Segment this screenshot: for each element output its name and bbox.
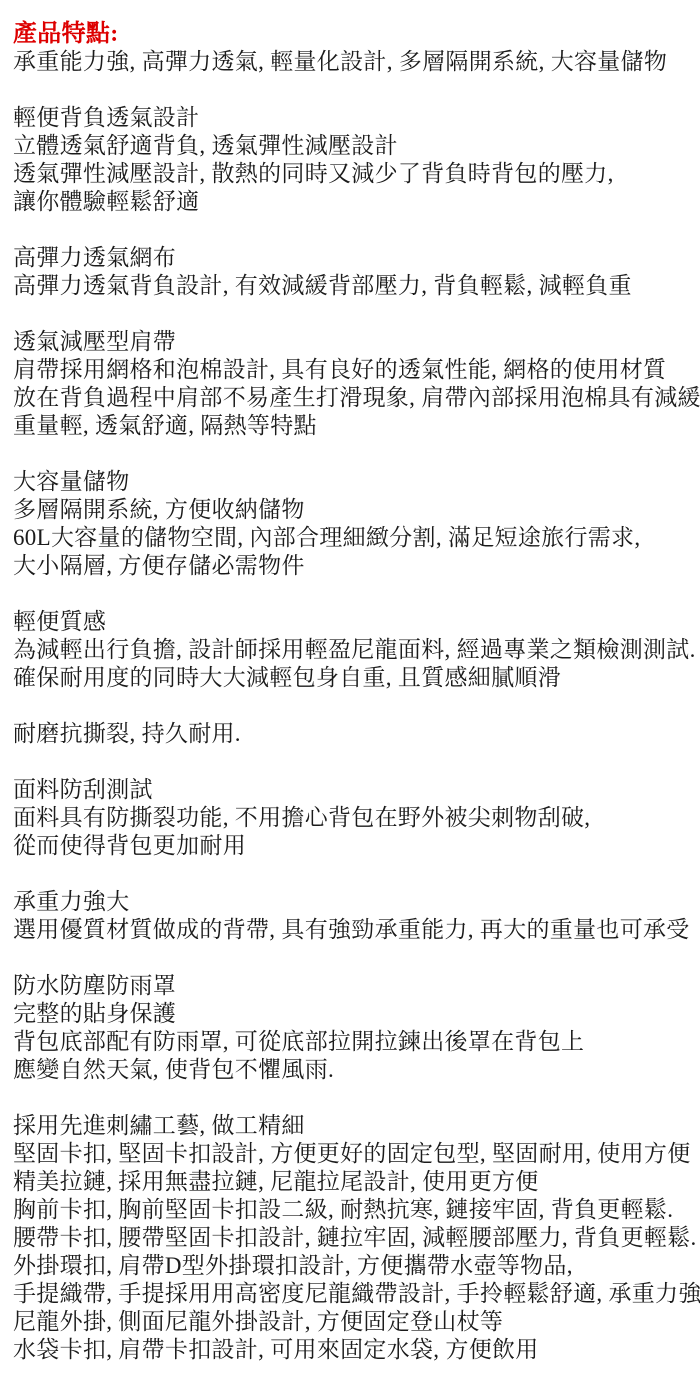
text-line: 腰帶卡扣, 腰帶堅固卡扣設計, 鏈拉牢固, 減輕腰部壓力, 背負更輕鬆. — [13, 1224, 690, 1252]
text-line: 多層隔開系統, 方便收納儲物 — [13, 496, 690, 524]
text-line: 採用先進刺繡工藝, 做工精細 — [13, 1112, 690, 1140]
paragraph: 承重力強大選用優質材質做成的背帶, 具有強勁承重能力, 再大的重量也可承受 — [13, 888, 690, 944]
text-line: 放在背負過程中肩部不易產生打滑現象, 肩帶內部採用泡棉具有減緩 — [13, 384, 690, 412]
text-line: 高彈力透氣背負設計, 有效減緩背部壓力, 背負輕鬆, 減輕負重 — [13, 272, 690, 300]
text-line: 讓你體驗輕鬆舒適 — [13, 188, 690, 216]
text-line: 完整的貼身保護 — [13, 1000, 690, 1028]
paragraph: 大容量儲物多層隔開系統, 方便收納儲物60L大容量的儲物空間, 內部合理細緻分割… — [13, 468, 690, 580]
paragraph: 高彈力透氣網布高彈力透氣背負設計, 有效減緩背部壓力, 背負輕鬆, 減輕負重 — [13, 244, 690, 300]
text-line: 大容量儲物 — [13, 468, 690, 496]
paragraph: 採用先進刺繡工藝, 做工精細堅固卡扣, 堅固卡扣設計, 方便更好的固定包型, 堅… — [13, 1112, 690, 1364]
text-line: 選用優質材質做成的背帶, 具有強勁承重能力, 再大的重量也可承受 — [13, 916, 690, 944]
text-line: 肩帶採用網格和泡棉設計, 具有良好的透氣性能, 網格的使用材質 — [13, 356, 690, 384]
product-description-document: 產品特點:承重能力強, 高彈力透氣, 輕量化設計, 多層隔開系統, 大容量儲物輕… — [0, 0, 700, 1364]
text-line: 透氣減壓型肩帶 — [13, 328, 690, 356]
text-line: 確保耐用度的同時大大減輕包身自重, 且質感細膩順滑 — [13, 664, 690, 692]
text-line: 堅固卡扣, 堅固卡扣設計, 方便更好的固定包型, 堅固耐用, 使用方便 — [13, 1140, 690, 1168]
text-line: 精美拉鏈, 採用無盡拉鏈, 尼龍拉尾設計, 使用更方便 — [13, 1168, 690, 1196]
text-line: 水袋卡扣, 肩帶卡扣設計, 可用來固定水袋, 方便飲用 — [13, 1336, 690, 1364]
text-line: 輕便質感 — [13, 608, 690, 636]
text-line: 高彈力透氣網布 — [13, 244, 690, 272]
text-line: 胸前卡扣, 胸前堅固卡扣設二級, 耐熱抗寒, 鏈接牢固, 背負更輕鬆. — [13, 1196, 690, 1224]
text-line: 背包底部配有防雨罩, 可從底部拉開拉鍊出後罩在背包上 — [13, 1028, 690, 1056]
text-line: 60L大容量的儲物空間, 內部合理細緻分割, 滿足短途旅行需求, — [13, 524, 690, 552]
paragraph: 透氣減壓型肩帶肩帶採用網格和泡棉設計, 具有良好的透氣性能, 網格的使用材質放在… — [13, 328, 690, 440]
paragraph: 防水防塵防雨罩完整的貼身保護背包底部配有防雨罩, 可從底部拉開拉鍊出後罩在背包上… — [13, 972, 690, 1084]
text-line: 外掛環扣, 肩帶D型外掛環扣設計, 方便攜帶水壺等物品, — [13, 1252, 690, 1280]
text-line: 尼龍外掛, 側面尼龍外掛設計, 方便固定登山杖等 — [13, 1308, 690, 1336]
text-line: 立體透氣舒適背負, 透氣彈性減壓設計 — [13, 132, 690, 160]
paragraph: 耐磨抗撕裂, 持久耐用. — [13, 720, 690, 748]
text-line: 輕便背負透氣設計 — [13, 104, 690, 132]
paragraph: 產品特點:承重能力強, 高彈力透氣, 輕量化設計, 多層隔開系統, 大容量儲物 — [13, 20, 690, 76]
text-line: 承重力強大 — [13, 888, 690, 916]
paragraph: 面料防刮測試面料具有防撕裂功能, 不用擔心背包在野外被尖刺物刮破,從而使得背包更… — [13, 776, 690, 860]
text-line: 大小隔層, 方便存儲必需物件 — [13, 552, 690, 580]
text-line: 耐磨抗撕裂, 持久耐用. — [13, 720, 690, 748]
text-line: 重量輕, 透氣舒適, 隔熱等特點 — [13, 412, 690, 440]
text-line: 從而使得背包更加耐用 — [13, 832, 690, 860]
paragraph: 輕便背負透氣設計立體透氣舒適背負, 透氣彈性減壓設計透氣彈性減壓設計, 散熱的同… — [13, 104, 690, 216]
paragraph-list: 產品特點:承重能力強, 高彈力透氣, 輕量化設計, 多層隔開系統, 大容量儲物輕… — [13, 20, 690, 1364]
page-heading: 產品特點: — [13, 20, 690, 48]
text-line: 承重能力強, 高彈力透氣, 輕量化設計, 多層隔開系統, 大容量儲物 — [13, 48, 690, 76]
text-line: 防水防塵防雨罩 — [13, 972, 690, 1000]
text-line: 透氣彈性減壓設計, 散熱的同時又減少了背負時背包的壓力, — [13, 160, 690, 188]
paragraph: 輕便質感為減輕出行負擔, 設計師採用輕盈尼龍面料, 經過專業之類檢測測試.確保耐… — [13, 608, 690, 692]
text-line: 手提織帶, 手提採用用高密度尼龍織帶設計, 手拎輕鬆舒適, 承重力強 — [13, 1280, 690, 1308]
text-line: 為減輕出行負擔, 設計師採用輕盈尼龍面料, 經過專業之類檢測測試. — [13, 636, 690, 664]
text-line: 面料防刮測試 — [13, 776, 690, 804]
text-line: 面料具有防撕裂功能, 不用擔心背包在野外被尖刺物刮破, — [13, 804, 690, 832]
text-line: 應變自然天氣, 使背包不懼風雨. — [13, 1056, 690, 1084]
